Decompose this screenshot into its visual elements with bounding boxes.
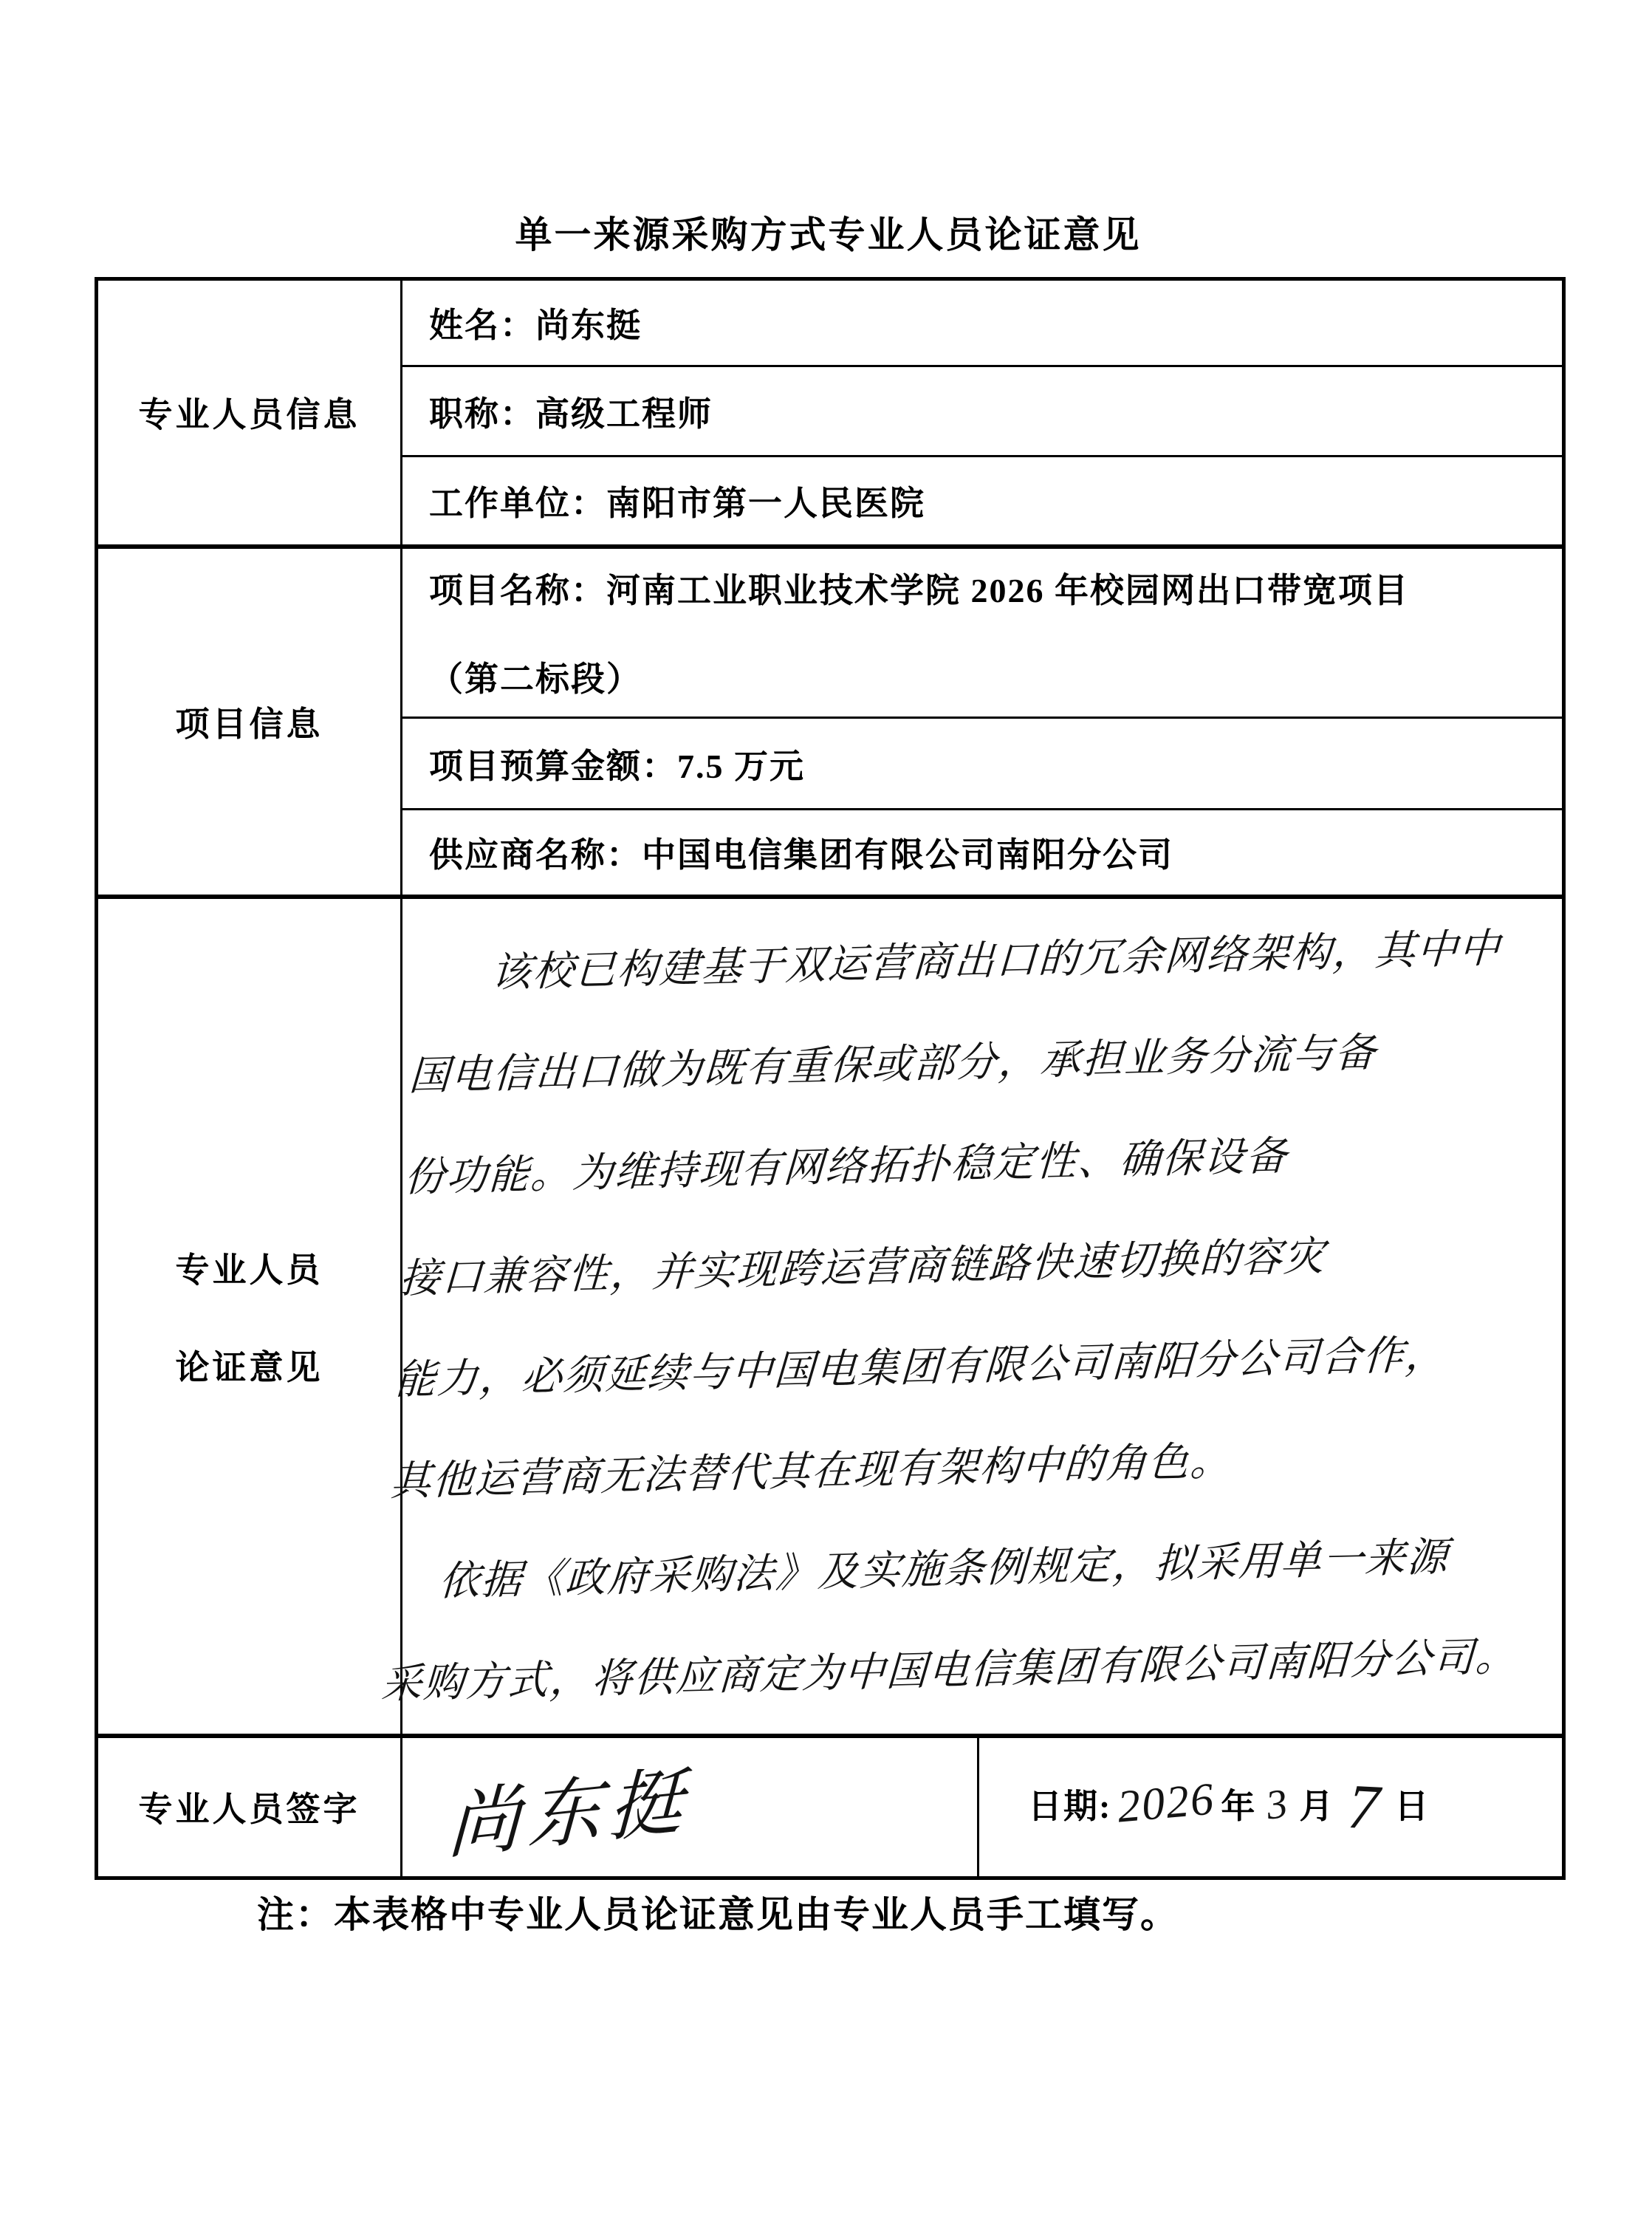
section-label-opinion: 专业人员 论证意见 <box>97 897 402 1736</box>
opinion-label-line2: 论证意见 <box>98 1341 400 1389</box>
field-title: 职称：高级工程师 <box>402 366 1564 456</box>
document-page: 单一来源采购方式专业人员论证意见 专业人员信息 姓名：尚东挺 职称：高级工程师 … <box>0 0 1652 2216</box>
opinion-label-line1: 专业人员 <box>98 1243 400 1292</box>
project-name-line2: （第二标段） <box>429 652 1555 701</box>
section-label-project-info: 项目信息 <box>97 547 402 897</box>
year-unit-label: 年 <box>1221 1788 1256 1825</box>
handwritten-year: 2026 <box>1115 1774 1217 1834</box>
handwritten-opinion: 该校已构建基于双运营商出口的冗余网络架构，其中中 国电信出口做为既有重保或部分，… <box>379 896 1555 1734</box>
form-table: 专业人员信息 姓名：尚东挺 职称：高级工程师 工作单位：南阳市第一人民医院 项目… <box>95 277 1566 1880</box>
handwritten-signature: 尚东挺 <box>445 1740 691 1873</box>
date-cell: 日期:2026年3月7日 <box>978 1736 1564 1878</box>
opinion-handwriting-area: 该校已构建基于双运营商出口的冗余网络架构，其中中 国电信出口做为既有重保或部分，… <box>402 897 1564 1736</box>
field-name: 姓名：尚东挺 <box>402 279 1564 366</box>
field-project-name: 项目名称：河南工业职业技术学院 2026 年校园网出口带宽项目 （第二标段） <box>402 547 1564 718</box>
field-work-unit: 工作单位：南阳市第一人民医院 <box>402 456 1564 547</box>
section-label-personnel-info: 专业人员信息 <box>97 279 402 547</box>
date-prefix-label: 日期: <box>1028 1788 1111 1825</box>
field-supplier: 供应商名称：中国电信集团有限公司南阳分公司 <box>402 810 1564 897</box>
month-unit-label: 月 <box>1299 1788 1334 1825</box>
section-label-signature: 专业人员签字 <box>97 1736 402 1878</box>
handwritten-month: 3 <box>1264 1779 1292 1830</box>
footer-note: 注：本表格中专业人员论证意见由专业人员手工填写。 <box>257 1885 1179 1938</box>
project-name-line1: 项目名称：河南工业职业技术学院 2026 年校园网出口带宽项目 <box>429 564 1555 612</box>
handwritten-day: 7 <box>1346 1769 1383 1844</box>
page-title: 单一来源采购方式专业人员论证意见 <box>95 205 1562 259</box>
day-unit-label: 日 <box>1394 1788 1430 1825</box>
field-budget: 项目预算金额：7.5 万元 <box>402 718 1564 810</box>
signature-cell: 尚东挺 <box>402 1736 978 1878</box>
